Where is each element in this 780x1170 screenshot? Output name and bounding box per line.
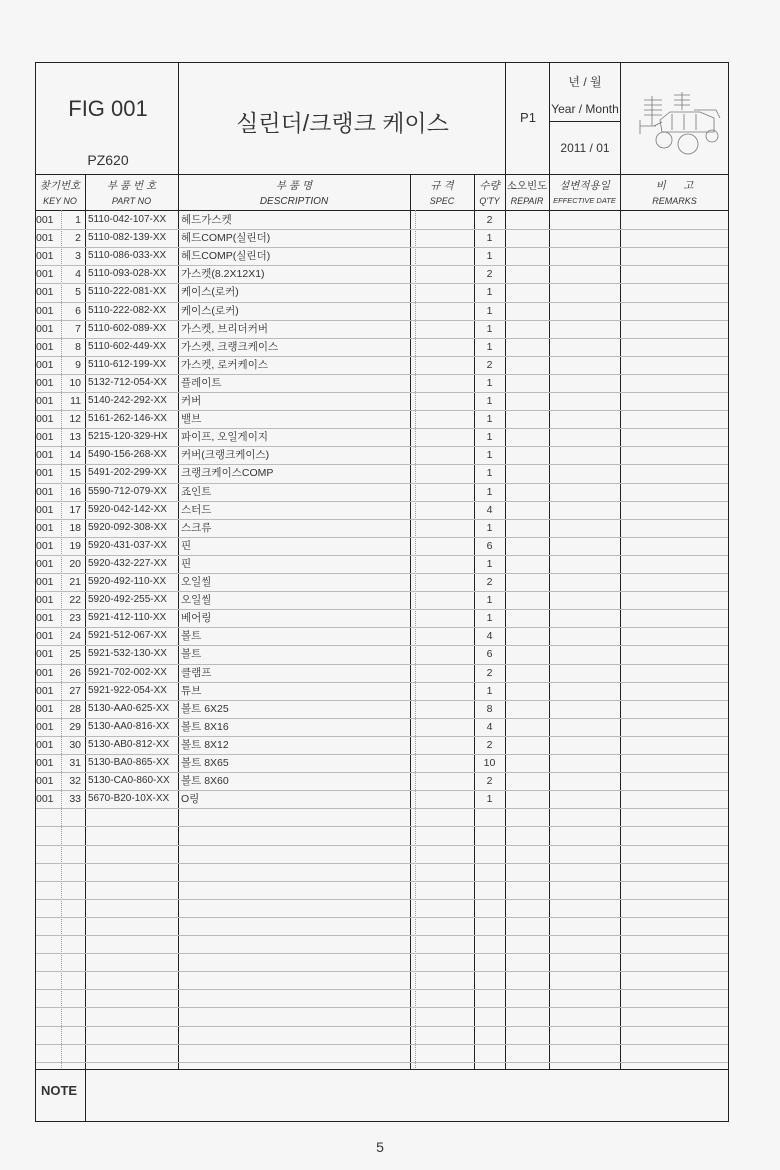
row-part-no: 5215-120-329-HX — [88, 428, 178, 446]
year-month-value: 2011 / 01 — [550, 141, 620, 155]
row-part-no: 5130-BA0-865-XX — [88, 754, 178, 772]
row-description: 튜브 — [181, 682, 406, 700]
col-header-key-ko: 찾기번호 — [35, 178, 85, 193]
row-fig: 001 — [36, 790, 60, 808]
row-key-no: 29 — [61, 718, 81, 736]
row-qty: 4 — [474, 718, 505, 736]
row-fig: 001 — [36, 464, 60, 482]
row-divider — [36, 863, 728, 864]
row-fig: 001 — [36, 609, 60, 627]
row-description: 핀 — [181, 537, 406, 555]
row-fig: 001 — [36, 627, 60, 645]
row-key-no: 3 — [61, 247, 81, 265]
row-key-no: 26 — [61, 664, 81, 682]
row-divider — [36, 845, 728, 846]
row-fig: 001 — [36, 374, 60, 392]
row-divider — [36, 899, 728, 900]
row-fig: 001 — [36, 410, 60, 428]
row-fig: 001 — [36, 519, 60, 537]
row-part-no: 5920-042-142-XX — [88, 501, 178, 519]
row-description: 커버 — [181, 392, 406, 410]
row-qty: 1 — [474, 483, 505, 501]
row-qty: 2 — [474, 211, 505, 229]
row-qty: 2 — [474, 664, 505, 682]
row-key-no: 15 — [61, 464, 81, 482]
row-key-no: 11 — [61, 392, 81, 410]
row-part-no: 5110-602-089-XX — [88, 320, 178, 338]
row-key-no: 19 — [61, 537, 81, 555]
row-fig: 001 — [36, 428, 60, 446]
row-qty: 1 — [474, 320, 505, 338]
row-key-no: 27 — [61, 682, 81, 700]
row-description: 오일씰 — [181, 573, 406, 591]
row-key-no: 32 — [61, 772, 81, 790]
row-description: 케이스(로커) — [181, 283, 406, 301]
row-qty: 1 — [474, 446, 505, 464]
row-part-no: 5921-412-110-XX — [88, 609, 178, 627]
row-part-no: 5110-222-081-XX — [88, 283, 178, 301]
row-fig: 001 — [36, 591, 60, 609]
row-description: 가스켓, 브리더커버 — [181, 320, 406, 338]
row-qty: 1 — [474, 247, 505, 265]
row-divider — [36, 953, 728, 954]
row-part-no: 5920-492-110-XX — [88, 573, 178, 591]
row-fig: 001 — [36, 718, 60, 736]
divider — [505, 62, 506, 174]
row-key-no: 24 — [61, 627, 81, 645]
row-divider — [36, 917, 728, 918]
row-qty: 1 — [474, 283, 505, 301]
row-key-no: 22 — [61, 591, 81, 609]
row-fig: 001 — [36, 682, 60, 700]
row-qty: 1 — [474, 428, 505, 446]
row-part-no: 5921-532-130-XX — [88, 645, 178, 663]
row-qty: 1 — [474, 410, 505, 428]
col-header-qty-en: Q'TY — [474, 196, 505, 206]
row-qty: 1 — [474, 591, 505, 609]
row-fig: 001 — [36, 446, 60, 464]
row-description: 가스켓, 크랭크케이스 — [181, 338, 406, 356]
row-divider — [36, 1026, 728, 1027]
col-header-key-en: KEY NO — [35, 196, 85, 206]
row-fig: 001 — [36, 754, 60, 772]
row-part-no: 5110-612-199-XX — [88, 356, 178, 374]
col-header-spec-en: SPEC — [410, 196, 474, 206]
col-header-repair-en: REPAIR — [505, 196, 549, 206]
row-description: O링 — [181, 790, 406, 808]
row-fig: 001 — [36, 302, 60, 320]
row-qty: 2 — [474, 736, 505, 754]
row-qty: 2 — [474, 772, 505, 790]
row-key-no: 31 — [61, 754, 81, 772]
row-fig: 001 — [36, 229, 60, 247]
row-part-no: 5921-922-054-XX — [88, 682, 178, 700]
row-part-no: 5130-AB0-812-XX — [88, 736, 178, 754]
row-qty: 1 — [474, 464, 505, 482]
divider — [178, 62, 179, 1070]
row-description: 핀 — [181, 555, 406, 573]
row-description: 가스켓, 로커케이스 — [181, 356, 406, 374]
col-header-desc-ko: 부 품 명 — [178, 178, 410, 193]
row-qty: 8 — [474, 700, 505, 718]
row-part-no: 5110-222-082-XX — [88, 302, 178, 320]
machine-illustration — [632, 70, 728, 162]
divider — [35, 1069, 729, 1070]
row-divider — [36, 1044, 728, 1045]
row-key-no: 4 — [61, 265, 81, 283]
row-qty: 1 — [474, 682, 505, 700]
row-part-no: 5110-042-107-XX — [88, 211, 178, 229]
col-header-date-ko: 설변적용일 — [549, 178, 620, 193]
row-key-no: 16 — [61, 483, 81, 501]
row-divider — [36, 989, 728, 990]
row-fig: 001 — [36, 211, 60, 229]
col-header-date-en: EFFECTIVE DATE — [549, 196, 620, 205]
row-description: 스크류 — [181, 519, 406, 537]
year-month-label-ko: 년 / 월 — [550, 73, 620, 90]
col-header-remarks-ko: 비 고 — [620, 178, 729, 193]
row-description: 케이스(로커) — [181, 302, 406, 320]
row-part-no: 5490-156-268-XX — [88, 446, 178, 464]
page-code: P1 — [506, 110, 550, 125]
row-qty: 2 — [474, 265, 505, 283]
row-part-no: 5920-431-037-XX — [88, 537, 178, 555]
transplanter-icon — [632, 70, 728, 162]
col-header-part-ko: 부 품 번 호 — [85, 178, 178, 193]
row-fig: 001 — [36, 265, 60, 283]
row-key-no: 9 — [61, 356, 81, 374]
row-fig: 001 — [36, 392, 60, 410]
row-description: 볼트 6X25 — [181, 700, 406, 718]
row-qty: 1 — [474, 519, 505, 537]
divider — [85, 1069, 86, 1121]
row-key-no: 10 — [61, 374, 81, 392]
row-fig: 001 — [36, 338, 60, 356]
row-qty: 10 — [474, 754, 505, 772]
row-qty: 2 — [474, 356, 505, 374]
row-part-no: 5920-432-227-XX — [88, 555, 178, 573]
row-description: 커버(크랭크케이스) — [181, 446, 406, 464]
row-description: 볼트 8X65 — [181, 754, 406, 772]
row-part-no: 5920-492-255-XX — [88, 591, 178, 609]
row-part-no: 5590-712-079-XX — [88, 483, 178, 501]
row-fig: 001 — [36, 736, 60, 754]
row-part-no: 5110-093-028-XX — [88, 265, 178, 283]
row-part-no: 5130-AA0-625-XX — [88, 700, 178, 718]
divider — [549, 121, 620, 122]
row-description: 플레이트 — [181, 374, 406, 392]
row-qty: 1 — [474, 609, 505, 627]
row-fig: 001 — [36, 483, 60, 501]
row-qty: 4 — [474, 627, 505, 645]
row-fig: 001 — [36, 501, 60, 519]
row-description: 볼트 — [181, 645, 406, 663]
row-part-no: 5140-242-292-XX — [88, 392, 178, 410]
row-key-no: 14 — [61, 446, 81, 464]
divider — [35, 174, 729, 175]
row-description: 가스켓(8.2X12X1) — [181, 265, 406, 283]
row-key-no: 33 — [61, 790, 81, 808]
row-key-no: 8 — [61, 338, 81, 356]
row-divider — [36, 1007, 728, 1008]
row-divider — [36, 808, 728, 809]
row-description: 헤드COMP(실린더) — [181, 247, 406, 265]
row-key-no: 18 — [61, 519, 81, 537]
row-key-no: 5 — [61, 283, 81, 301]
row-qty: 1 — [474, 374, 505, 392]
row-description: 크랭크케이스COMP — [181, 464, 406, 482]
row-key-no: 7 — [61, 320, 81, 338]
row-part-no: 5921-702-002-XX — [88, 664, 178, 682]
row-part-no: 5130-AA0-816-XX — [88, 718, 178, 736]
row-description: 클램프 — [181, 664, 406, 682]
row-key-no: 13 — [61, 428, 81, 446]
row-description: 스터드 — [181, 501, 406, 519]
row-description: 오일씰 — [181, 591, 406, 609]
row-description: 죠인트 — [181, 483, 406, 501]
row-description: 밸브 — [181, 410, 406, 428]
row-key-no: 21 — [61, 573, 81, 591]
row-qty: 1 — [474, 338, 505, 356]
page-title: 실린더/크랭크 케이스 — [180, 105, 505, 138]
row-fig: 001 — [36, 247, 60, 265]
divider — [415, 210, 416, 1070]
col-header-repair-ko: 소오빈도 — [505, 178, 549, 193]
row-divider — [36, 971, 728, 972]
row-fig: 001 — [36, 555, 60, 573]
row-fig: 001 — [36, 320, 60, 338]
row-description: 파이프, 오일게이지 — [181, 428, 406, 446]
row-part-no: 5110-082-139-XX — [88, 229, 178, 247]
col-header-desc-en: DESCRIPTION — [178, 196, 410, 207]
year-month-label-en: Year / Month — [550, 102, 620, 116]
row-qty: 1 — [474, 302, 505, 320]
row-key-no: 28 — [61, 700, 81, 718]
col-header-remarks-en: REMARKS — [620, 196, 729, 206]
row-part-no: 5920-092-308-XX — [88, 519, 178, 537]
row-fig: 001 — [36, 356, 60, 374]
row-fig: 001 — [36, 283, 60, 301]
row-key-no: 12 — [61, 410, 81, 428]
row-fig: 001 — [36, 664, 60, 682]
row-key-no: 6 — [61, 302, 81, 320]
row-qty: 4 — [474, 501, 505, 519]
row-key-no: 25 — [61, 645, 81, 663]
figure-number: FIG 001 — [38, 96, 178, 122]
row-part-no: 5921-512-067-XX — [88, 627, 178, 645]
row-fig: 001 — [36, 700, 60, 718]
col-header-spec-ko: 규 격 — [410, 178, 474, 193]
col-header-part-en: PART NO — [85, 196, 178, 206]
page-number: 5 — [0, 1139, 760, 1155]
row-qty: 1 — [474, 790, 505, 808]
model-code: PZ620 — [38, 152, 178, 168]
row-part-no: 5670-B20-10X-XX — [88, 790, 178, 808]
row-qty: 2 — [474, 573, 505, 591]
row-key-no: 17 — [61, 501, 81, 519]
divider — [620, 62, 621, 174]
row-fig: 001 — [36, 772, 60, 790]
row-qty: 6 — [474, 645, 505, 663]
row-qty: 1 — [474, 555, 505, 573]
divider — [549, 62, 550, 174]
row-part-no: 5491-202-299-XX — [88, 464, 178, 482]
row-key-no: 20 — [61, 555, 81, 573]
row-qty: 6 — [474, 537, 505, 555]
row-key-no: 1 — [61, 211, 81, 229]
row-part-no: 5132-712-054-XX — [88, 374, 178, 392]
row-description: 볼트 — [181, 627, 406, 645]
row-description: 볼트 8X16 — [181, 718, 406, 736]
row-divider — [36, 935, 728, 936]
row-divider — [36, 1062, 728, 1063]
row-key-no: 30 — [61, 736, 81, 754]
row-part-no: 5110-086-033-XX — [88, 247, 178, 265]
row-part-no: 5110-602-449-XX — [88, 338, 178, 356]
row-part-no: 5130-CA0-860-XX — [88, 772, 178, 790]
row-qty: 1 — [474, 392, 505, 410]
row-description: 볼트 8X60 — [181, 772, 406, 790]
row-part-no: 5161-262-146-XX — [88, 410, 178, 428]
row-fig: 001 — [36, 537, 60, 555]
col-header-qty-ko: 수량 — [474, 178, 505, 193]
row-key-no: 2 — [61, 229, 81, 247]
row-fig: 001 — [36, 645, 60, 663]
note-label: NOTE — [36, 1083, 82, 1098]
row-fig: 001 — [36, 573, 60, 591]
row-key-no: 23 — [61, 609, 81, 627]
row-description: 볼트 8X12 — [181, 736, 406, 754]
row-divider — [36, 826, 728, 827]
row-description: 베어링 — [181, 609, 406, 627]
row-qty: 1 — [474, 229, 505, 247]
row-divider — [36, 881, 728, 882]
row-description: 헤드COMP(실린더) — [181, 229, 406, 247]
row-description: 헤드가스켓 — [181, 211, 406, 229]
